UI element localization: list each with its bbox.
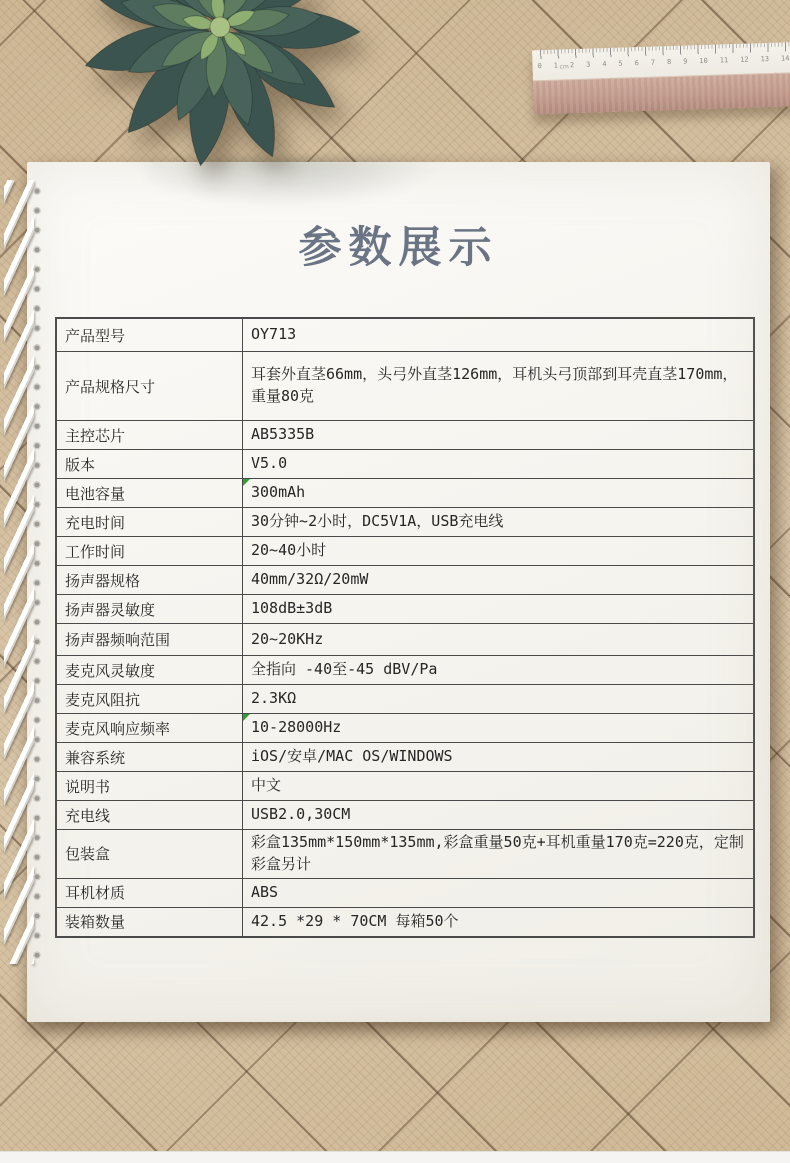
row-label: 麦克风响应频率 xyxy=(57,714,243,742)
row-value: 42.5 *29 * 70CM 每箱50个 xyxy=(243,908,753,936)
row-value: 20~40小时 xyxy=(243,537,753,565)
ruler-number: 8 xyxy=(667,59,671,66)
row-value: 2.3KΩ xyxy=(243,685,753,713)
row-value: 30分钟~2小时，DC5V1A，USB充电线 xyxy=(243,508,753,536)
notebook-paper: 参数展示 产品型号 OY713 产品规格尺寸 耳套外直茎66mm，头弓外直茎12… xyxy=(27,162,770,1022)
row-label: 电池容量 xyxy=(57,479,243,507)
ruler-number: 6 xyxy=(635,60,639,67)
table-row: 工作时间 20~40小时 xyxy=(57,536,753,565)
ruler-numbers: 0 1 2 3 4 5 6 7 8 9 10 11 12 13 14 xyxy=(537,55,789,70)
table-row: 版本 V5.0 xyxy=(57,449,753,478)
row-value: 全指向 -40至-45 dBV/Pa xyxy=(243,656,753,684)
row-label: 兼容系统 xyxy=(57,743,243,771)
table-row: 麦克风响应频率 10-28000Hz xyxy=(57,713,753,742)
row-value: USB2.0,30CM xyxy=(243,801,753,829)
table-row: 耳机材质 ABS xyxy=(57,878,753,907)
row-label: 产品型号 xyxy=(57,319,243,351)
ruler-number: 10 xyxy=(699,58,708,65)
ruler: 0 1 2 3 4 5 6 7 8 9 10 11 12 13 14 cm xyxy=(532,42,790,115)
table-row: 说明书 中文 xyxy=(57,771,753,800)
ruler-number: 9 xyxy=(683,59,687,66)
row-value: 中文 xyxy=(243,772,753,800)
table-row: 兼容系统 iOS/安卓/MAC OS/WINDOWS xyxy=(57,742,753,771)
ruler-number: 13 xyxy=(760,56,769,63)
row-label: 耳机材质 xyxy=(57,879,243,907)
table-row: 充电时间 30分钟~2小时，DC5V1A，USB充电线 xyxy=(57,507,753,536)
ruler-number: 7 xyxy=(651,60,655,67)
table-row: 主控芯片 AB5335B xyxy=(57,420,753,449)
row-label: 工作时间 xyxy=(57,537,243,565)
ruler-number: 1 xyxy=(554,63,558,70)
ruler-number: 5 xyxy=(618,61,622,68)
table-row: 扬声器灵敏度 108dB±3dB xyxy=(57,594,753,623)
table-row: 扬声器频响范围 20~20KHz xyxy=(57,623,753,655)
row-label: 产品规格尺寸 xyxy=(57,352,243,420)
table-row: 装箱数量 42.5 *29 * 70CM 每箱50个 xyxy=(57,907,753,936)
spec-table: 产品型号 OY713 产品规格尺寸 耳套外直茎66mm，头弓外直茎126mm，耳… xyxy=(55,317,755,938)
row-label: 版本 xyxy=(57,450,243,478)
row-value: 彩盒135mm*150mm*135mm,彩盒重量50克+耳机重量170克=220… xyxy=(243,830,753,878)
row-value: 耳套外直茎66mm，头弓外直茎126mm，耳机头弓顶部到耳壳直茎170mm，重量… xyxy=(243,352,753,420)
table-row: 麦克风阻抗 2.3KΩ xyxy=(57,684,753,713)
row-label: 麦克风阻抗 xyxy=(57,685,243,713)
ruler-unit-label: cm xyxy=(559,63,568,70)
row-label: 主控芯片 xyxy=(57,421,243,449)
table-row: 产品规格尺寸 耳套外直茎66mm，头弓外直茎126mm，耳机头弓顶部到耳壳直茎1… xyxy=(57,351,753,420)
bottom-strip xyxy=(0,1151,790,1163)
row-label: 充电时间 xyxy=(57,508,243,536)
row-value: ABS xyxy=(243,879,753,907)
row-value: 40mm/32Ω/20mW xyxy=(243,566,753,594)
table-row: 麦克风灵敏度 全指向 -40至-45 dBV/Pa xyxy=(57,655,753,684)
row-label: 扬声器灵敏度 xyxy=(57,595,243,623)
row-value: V5.0 xyxy=(243,450,753,478)
ruler-number: 14 xyxy=(781,55,790,62)
ruler-number: 2 xyxy=(570,62,574,69)
ruler-number: 3 xyxy=(586,62,590,69)
row-label: 充电线 xyxy=(57,801,243,829)
ruler-number: 0 xyxy=(537,63,541,70)
table-row: 扬声器规格 40mm/32Ω/20mW xyxy=(57,565,753,594)
table-row: 包装盒 彩盒135mm*150mm*135mm,彩盒重量50克+耳机重量170克… xyxy=(57,829,753,878)
row-label: 说明书 xyxy=(57,772,243,800)
row-label: 包装盒 xyxy=(57,830,243,878)
row-value: 10-28000Hz xyxy=(243,714,753,742)
spiral-binding-holes xyxy=(31,182,43,966)
ruler-number: 11 xyxy=(720,57,729,64)
ruler-number: 4 xyxy=(602,61,606,68)
row-label: 扬声器规格 xyxy=(57,566,243,594)
row-label: 扬声器频响范围 xyxy=(57,624,243,655)
succulent-plant-image xyxy=(70,0,390,182)
row-value: 20~20KHz xyxy=(243,624,753,655)
row-label: 麦克风灵敏度 xyxy=(57,656,243,684)
row-value: iOS/安卓/MAC OS/WINDOWS xyxy=(243,743,753,771)
ruler-number: 12 xyxy=(740,57,749,64)
table-row: 充电线 USB2.0,30CM xyxy=(57,800,753,829)
row-value: AB5335B xyxy=(243,421,753,449)
table-row: 电池容量 300mAh xyxy=(57,478,753,507)
spiral-binding-coil xyxy=(4,180,34,964)
table-row: 产品型号 OY713 xyxy=(57,319,753,351)
row-value: 300mAh xyxy=(243,479,753,507)
row-label: 装箱数量 xyxy=(57,908,243,936)
row-value: OY713 xyxy=(243,319,753,351)
row-value: 108dB±3dB xyxy=(243,595,753,623)
